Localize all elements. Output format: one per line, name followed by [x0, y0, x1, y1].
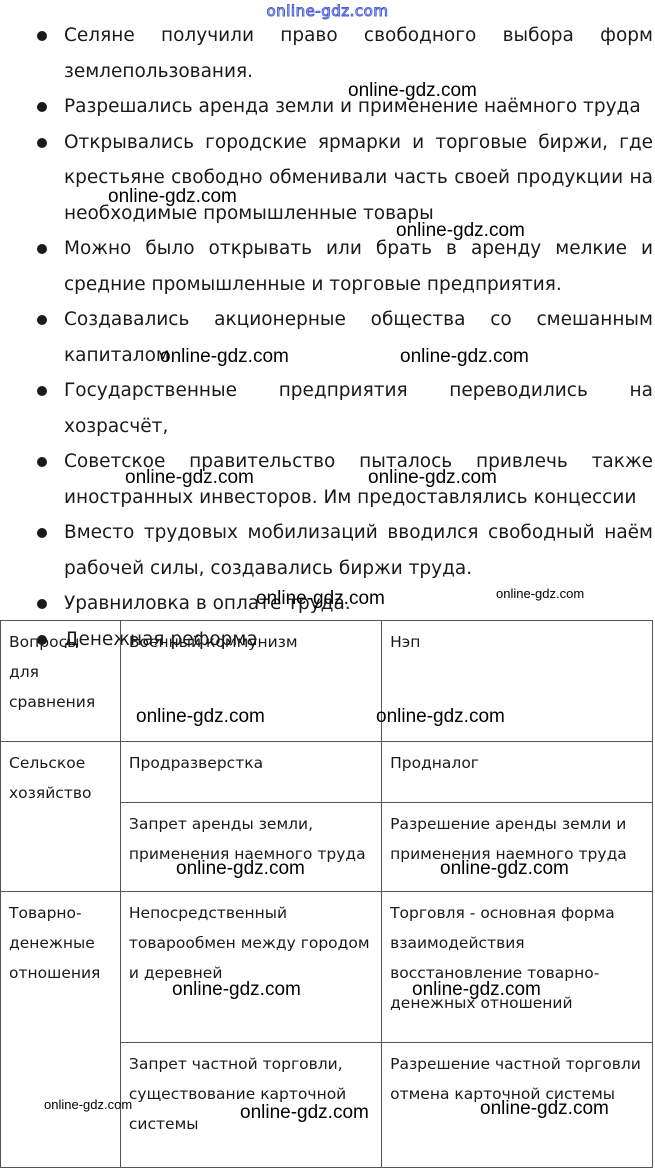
watermark: online-gdz.com	[256, 588, 385, 610]
table-row: Сельское хозяйство Продразверстка Продна…	[1, 742, 653, 803]
table-row: Товарно-денежные отношения Непосредствен…	[1, 892, 653, 1043]
table-cell: Продналог	[382, 742, 653, 803]
watermark: online-gdz.com	[108, 186, 237, 208]
watermark: online-gdz.com	[160, 346, 289, 368]
comparison-table: Вопросы для сравнения Военный коммунизм …	[0, 620, 653, 1168]
watermark: online-gdz.com	[396, 220, 525, 242]
watermark: online-gdz.com	[136, 706, 265, 728]
watermark: online-gdz.com	[44, 1097, 132, 1112]
watermark: online-gdz.com	[440, 858, 569, 880]
list-item: Создавались акционерные общества со смеш…	[0, 302, 655, 373]
table-cell: Продразверстка	[120, 742, 381, 803]
list-item: Государственные предприятия переводились…	[0, 373, 655, 444]
table-cell: Непосредственный товарообмен между город…	[120, 892, 381, 1043]
watermark: online-gdz.com	[172, 979, 301, 1001]
list-item: Открывались городские ярмарки и торговые…	[0, 125, 655, 232]
watermark: online-gdz.com	[480, 1098, 609, 1120]
watermark: online-gdz.com	[400, 346, 529, 368]
list-item: Селяне получили право свободного выбора …	[0, 18, 655, 89]
watermark: online-gdz.com	[376, 706, 505, 728]
nep-measures-list: Селяне получили право свободного выбора …	[0, 18, 655, 657]
watermark: online-gdz.com	[496, 586, 584, 601]
table-header-row: Вопросы для сравнения Военный коммунизм …	[1, 621, 653, 742]
list-item: Можно было открывать или брать в аренду …	[0, 231, 655, 302]
watermark: online-gdz.com	[125, 467, 254, 489]
watermark: online-gdz.com	[348, 80, 477, 102]
watermark: online-gdz.com	[412, 979, 541, 1001]
table-cell: Торговля - основная форма взаимодействия…	[382, 892, 653, 1043]
watermark: online-gdz.com	[368, 467, 497, 489]
topic-cell-agriculture: Сельское хозяйство	[1, 742, 121, 892]
list-item: Вместо трудовых мобилизаций вводился сво…	[0, 515, 655, 586]
list-item: Советское правительство пыталось привлеч…	[0, 444, 655, 515]
watermark: online-gdz.com	[240, 1102, 369, 1124]
topic-cell-commodity-money: Товарно-денежные отношения	[1, 892, 121, 1168]
watermark: online-gdz.com	[176, 858, 305, 880]
header-cell-questions: Вопросы для сравнения	[1, 621, 121, 742]
list-item: Разрешались аренда земли и применение на…	[0, 89, 655, 125]
